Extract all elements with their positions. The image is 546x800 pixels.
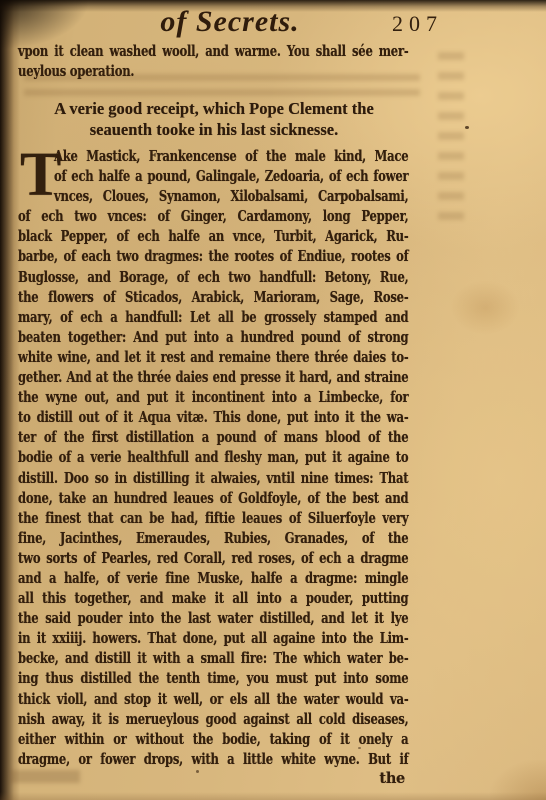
text-line: nish away, it is merueylous good against… (18, 710, 408, 730)
page-number: 207 (392, 11, 452, 37)
text-line: two sorts of Pearles, red Corall, red ro… (18, 549, 408, 569)
text-line: distill. Doo so in distilling it alwaies… (18, 469, 408, 489)
text-line: the finest that can be had, fiftie leaue… (18, 509, 408, 529)
intro-paragraph: vpon it clean washed wooll, and warme. Y… (18, 42, 408, 82)
text-line: barbe, of each two dragmes: the rootes o… (18, 247, 408, 267)
text-line: ter of the first distillation a pound of… (18, 428, 408, 448)
text-line: becke, and distill it with a small fire:… (18, 649, 408, 669)
text-line: beaten together: And put into a hundred … (18, 328, 408, 348)
text-line: the wyne out, and put it incontinent int… (18, 388, 408, 408)
text-line: the flowers of Sticados, Arabick, Marior… (18, 288, 408, 308)
paper-stain (490, 760, 546, 800)
text-line: Buglosse, and Borage, of ech two handful… (18, 268, 408, 288)
text-line: black Pepper, of ech halfe an vnce, Turb… (18, 227, 408, 247)
text-line: and a halfe, of verie fine Muske, halfe … (18, 569, 408, 589)
text-line: either within or without the bodie, taki… (18, 730, 408, 750)
text-line: the said pouder into the last water dist… (18, 609, 408, 629)
text-line: vpon it clean washed wooll, and warme. Y… (18, 42, 408, 62)
text-line: thick violl, and stop it well, or els al… (18, 690, 408, 710)
text-line: of ech halfe a pound, Galingale, Zedoari… (54, 167, 408, 187)
ink-speck (465, 126, 469, 129)
text-line: bodie of a verie healthfull and fleshy m… (18, 448, 408, 468)
ink-showthrough (438, 52, 464, 222)
text-line: A verie good receipt, which Pope Clement… (18, 99, 410, 120)
text-line: seauenth tooke in his last sicknesse. (18, 120, 410, 141)
bottom-edge-shade (0, 792, 546, 800)
gutter-shadow (0, 0, 20, 800)
text-line: dragme, or fower drops, with a little wh… (18, 750, 408, 770)
body-paragraph: Ake Mastick, Frankencense of the male ki… (18, 147, 408, 770)
text-line: of ech two vnces: of Ginger, Cardamony, … (18, 207, 408, 227)
text-line: all this together, and make it all into … (18, 589, 408, 609)
paper-stain (450, 280, 520, 335)
text-line: in it xxiiij. howers. That done, put all… (18, 629, 408, 649)
text-line: Ake Mastick, Frankencense of the male ki… (54, 147, 408, 167)
text-line: vnces, Cloues, Synamon, Xilobalsami, Car… (54, 187, 408, 207)
text-line: gether. And at the thrée daies end press… (18, 368, 408, 388)
text-line: done, take an hundred leaues of Goldfoyl… (18, 489, 408, 509)
text-line: mary, of ech a handfull: Let all be gros… (18, 308, 408, 328)
text-line: to distill out of it Aqua vitæ. This don… (18, 408, 408, 428)
text-line: fine, Jacinthes, Emeraudes, Rubies, Gran… (18, 529, 408, 549)
running-title: of Secrets. (0, 5, 460, 39)
catchword: the (18, 769, 405, 789)
section-heading: A verie good receipt, which Pope Clement… (18, 99, 410, 140)
text-line: white wine, and let it rest and remaine … (18, 348, 408, 368)
book-page: of Secrets. 207 vpon it clean washed woo… (0, 0, 546, 800)
text-line: ueylous operation. (18, 62, 408, 82)
text-line: ing thus distilled the tenth time, you m… (18, 669, 408, 689)
